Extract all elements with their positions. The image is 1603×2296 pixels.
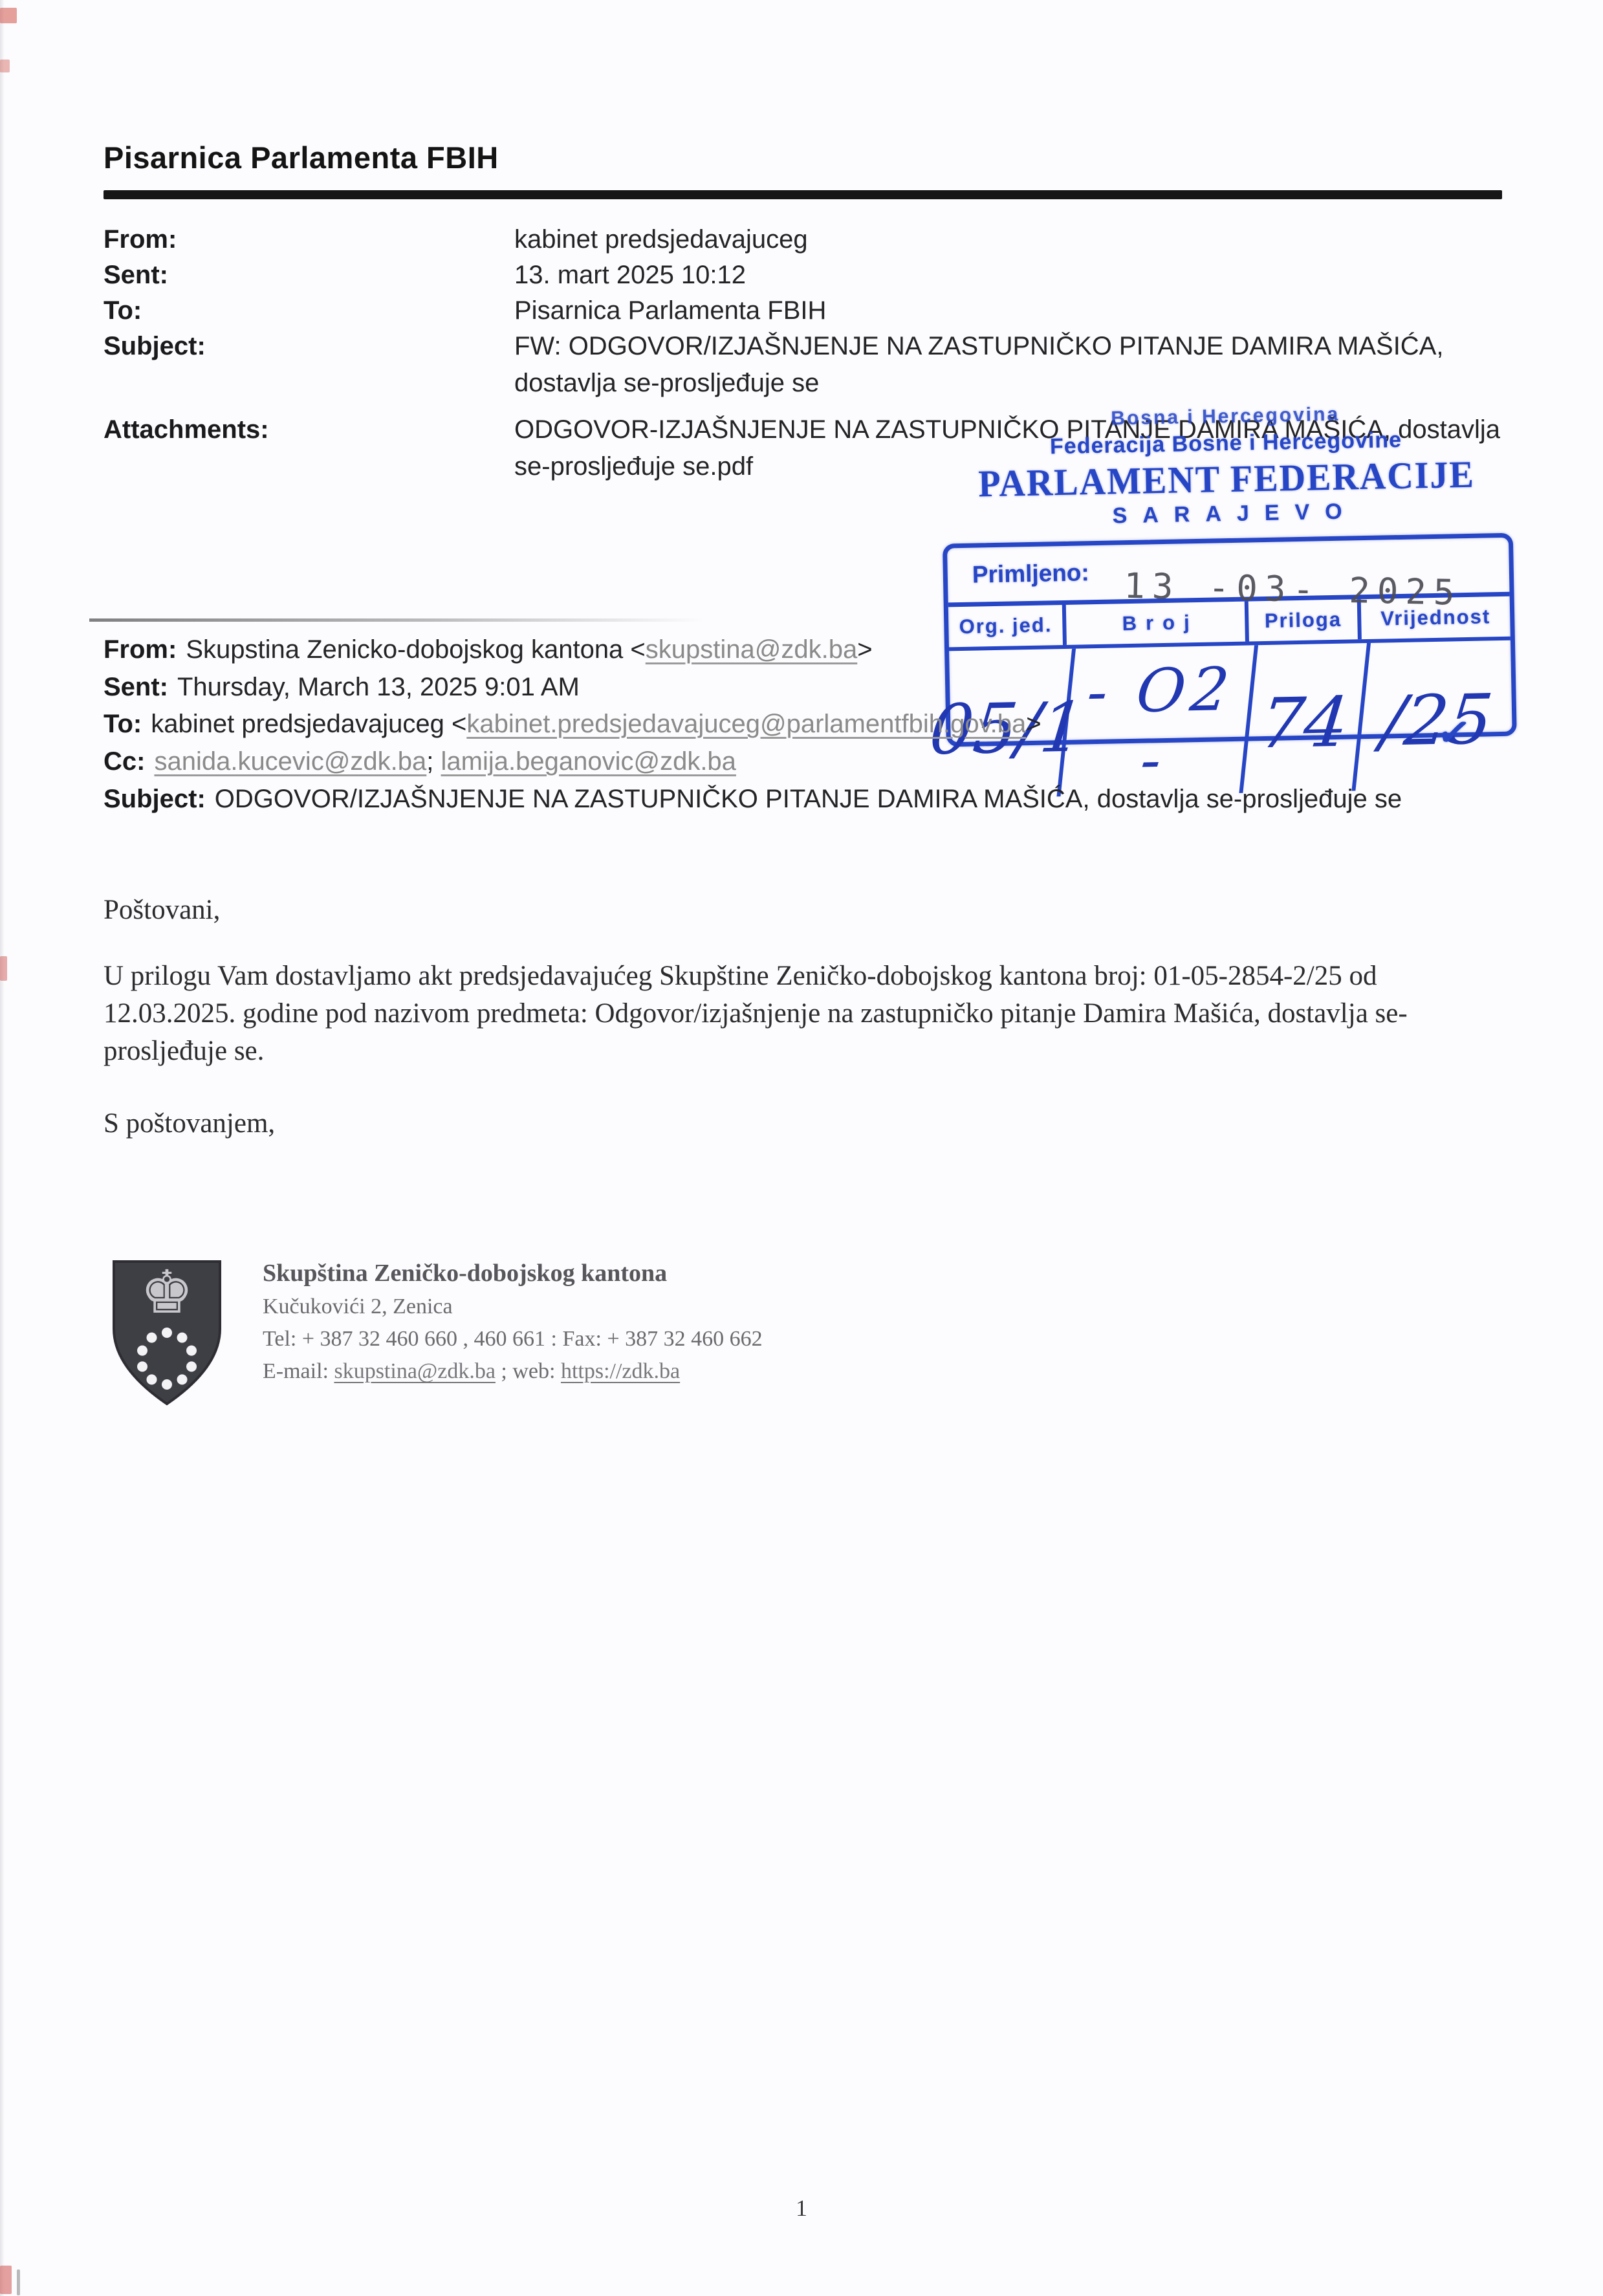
- stamp-value-broj: - O2 -: [1061, 645, 1259, 796]
- crown-icon: ♚: [109, 1263, 225, 1322]
- sent-value: 13. mart 2025 10:12: [514, 261, 746, 289]
- email1-attachments-row2: se-prosljeđuje se.pdf: [104, 452, 753, 481]
- to-email-link[interactable]: kabinet.predsjedavajuceg@parlamentfbih.g…: [466, 710, 1026, 738]
- email1-subject-row: Subject:FW: ODGOVOR/IZJAŠNJENJE NA ZASTU…: [104, 332, 1443, 361]
- signature-organization: Skupština Zeničko-dobojskog kantona: [263, 1259, 763, 1287]
- scan-artifact-red: [0, 60, 10, 72]
- cc-separator: ;: [426, 747, 441, 776]
- to-name: kabinet predsjedavajuceg <: [151, 710, 466, 738]
- subject-label: Subject:: [104, 332, 514, 361]
- signature-address: Kučukovići 2, Zenica: [263, 1295, 763, 1319]
- scan-artifact-red: [0, 2266, 12, 2294]
- scan-artifact-red: [0, 8, 17, 23]
- from-name: Skupstina Zenicko-dobojskog kantona <: [186, 635, 645, 664]
- scanned-email-page: Pisarnica Parlamenta FBIH From:kabinet p…: [0, 0, 1603, 2296]
- header-rule: [104, 190, 1502, 199]
- to-close: >: [1026, 710, 1041, 738]
- scan-artifact-gray: [17, 2269, 20, 2295]
- attachments-label: Attachments:: [104, 415, 514, 444]
- email1-from-row: From:kabinet predsjedavajuceg: [104, 225, 808, 254]
- email2-from-row: From:Skupstina Zenicko-dobojskog kantona…: [104, 635, 873, 664]
- salutation: Poštovani,: [104, 894, 220, 926]
- page-title: Pisarnica Parlamenta FBIH: [104, 140, 499, 175]
- to-label: To:: [104, 710, 142, 738]
- stamp-col-org-jed: Org. jed.: [948, 605, 1067, 647]
- to-value: Pisarnica Parlamenta FBIH: [514, 296, 826, 325]
- body-paragraph-line2: 12.03.2025. godine pod nazivom predmeta:…: [104, 998, 1408, 1029]
- received-stamp: Bosna i Hercegovina Federacija Bosne i H…: [926, 400, 1531, 747]
- email1-subject-row2: dostavlja se-prosljeđuje se: [104, 369, 819, 398]
- signature-block: Skupština Zeničko-dobojskog kantona Kuču…: [263, 1259, 763, 1392]
- from-value: kabinet predsjedavajuceg: [514, 225, 808, 254]
- email2-sent-row: Sent:Thursday, March 13, 2025 9:01 AM: [104, 673, 580, 702]
- subject-value-line1: FW: ODGOVOR/IZJAŠNJENJE NA ZASTUPNIČKO P…: [514, 332, 1443, 360]
- email2-cc-row: Cc:sanida.kucevic@zdk.ba; lamija.beganov…: [104, 747, 736, 776]
- stamp-value-priloga: 74: [1243, 643, 1371, 793]
- cc-email-link-1[interactable]: sanida.kucevic@zdk.ba: [154, 747, 426, 776]
- email1-sent-row: Sent:13. mart 2025 10:12: [104, 261, 746, 290]
- attachment-filename-line2: se-prosljeđuje se.pdf: [514, 452, 753, 481]
- from-close: >: [857, 635, 872, 664]
- to-label: To:: [104, 296, 514, 325]
- closing: S poštovanjem,: [104, 1108, 275, 1139]
- sent-label: Sent:: [104, 261, 514, 290]
- signature-web-label: ; web:: [496, 1359, 561, 1383]
- sent-value: Thursday, March 13, 2025 9:01 AM: [177, 673, 580, 701]
- email2-to-row: To:kabinet predsjedavajuceg <kabinet.pre…: [104, 710, 1041, 739]
- email1-to-row: To:Pisarnica Parlamenta FBIH: [104, 296, 826, 325]
- body-paragraph-line3: prosljeđuje se.: [104, 1035, 264, 1067]
- section-divider: [89, 618, 704, 622]
- email2-subject-row: Subject:ODGOVOR/IZJAŠNJENJE NA ZASTUPNIČ…: [104, 785, 1402, 814]
- cc-label: Cc:: [104, 747, 145, 776]
- subject-value: ODGOVOR/IZJAŠNJENJE NA ZASTUPNIČKO PITAN…: [215, 785, 1402, 813]
- from-email-link[interactable]: skupstina@zdk.ba: [646, 635, 857, 664]
- sent-label: Sent:: [104, 673, 168, 701]
- cc-email-link-2[interactable]: lamija.beganovic@zdk.ba: [441, 747, 736, 776]
- stamp-value-vrijednost: /25: [1355, 640, 1520, 791]
- signature-phone-fax: Tel: + 387 32 460 660 , 460 661 : Fax: +…: [263, 1327, 763, 1351]
- signature-email-label: E-mail:: [263, 1359, 334, 1383]
- signature-web-link[interactable]: https://zdk.ba: [561, 1359, 680, 1383]
- subject-value-line2: dostavlja se-prosljeđuje se: [514, 369, 819, 397]
- stamp-date: 13 -03- 2025: [1124, 565, 1462, 613]
- signature-contact-row: E-mail: skupstina@zdk.ba ; web: https://…: [263, 1359, 763, 1384]
- page-number: 1: [0, 2194, 1603, 2222]
- scan-artifact-red: [0, 956, 7, 981]
- from-label: From:: [104, 225, 514, 254]
- subject-label: Subject:: [104, 785, 206, 813]
- stamp-received-label: Primljeno:: [972, 559, 1089, 588]
- scan-edge-shadow: [0, 0, 5, 2296]
- signature-email-link[interactable]: skupstina@zdk.ba: [334, 1359, 495, 1383]
- body-paragraph-line1: U prilogu Vam dostavljamo akt predsjedav…: [104, 960, 1377, 992]
- from-label: From:: [104, 635, 177, 664]
